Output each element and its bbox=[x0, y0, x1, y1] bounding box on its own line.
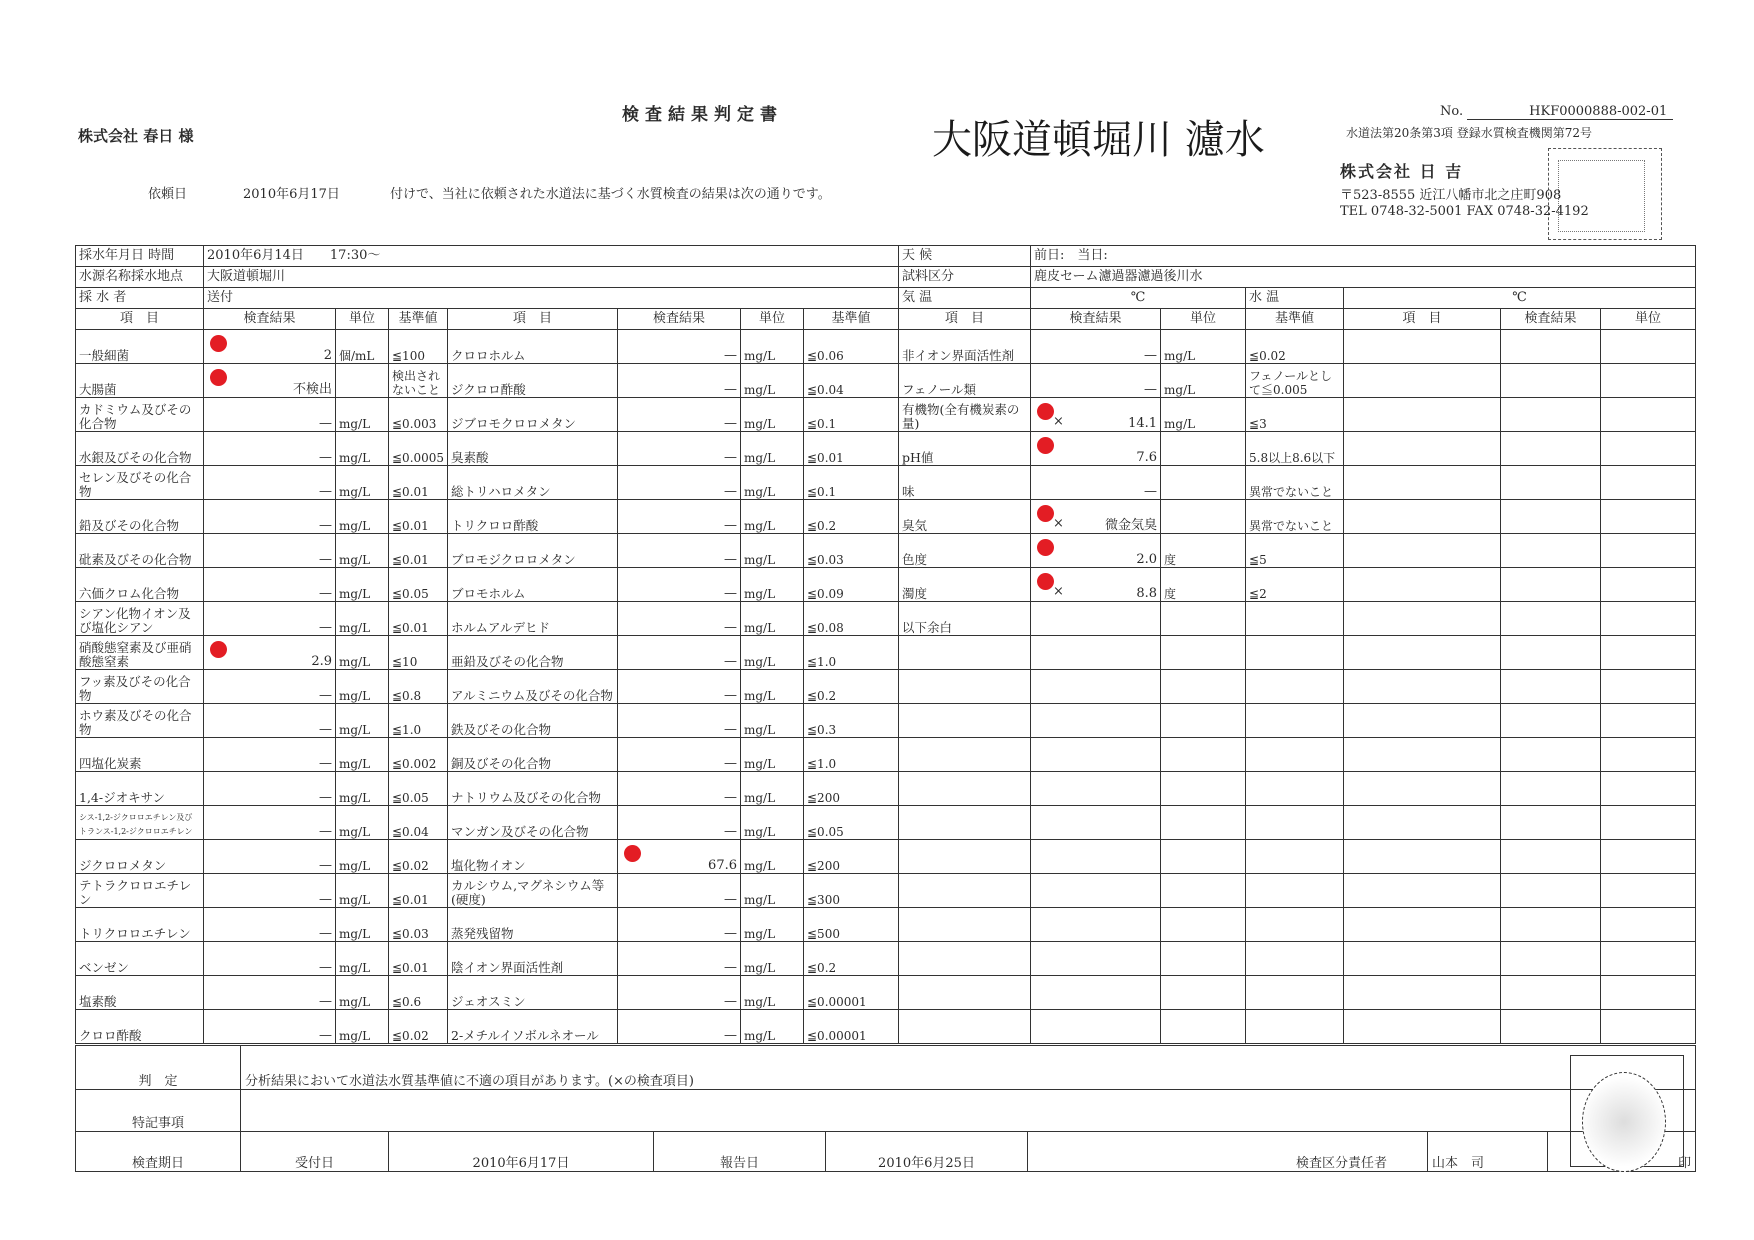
item-unit bbox=[1161, 432, 1246, 466]
table-row: シス-1,2-ジクロロエチレン及びトランス-1,2-ジクロロエチレン—mg/L≦… bbox=[76, 806, 1696, 840]
item-unit: mg/L bbox=[336, 806, 389, 840]
empty-cell bbox=[1501, 432, 1601, 466]
item-name: ジェオスミン bbox=[448, 976, 618, 1010]
item-result: — bbox=[1144, 383, 1157, 397]
item-unit bbox=[1161, 636, 1246, 670]
item-name: 臭気 bbox=[899, 500, 1031, 534]
item-result-cell: — bbox=[204, 942, 336, 976]
table-row: 砒素及びその化合物—mg/L≦0.01ブロモジクロロメタン—mg/L≦0.03色… bbox=[76, 534, 1696, 568]
lab-name: 株式会社 日 吉 bbox=[1340, 159, 1463, 182]
item-result: — bbox=[724, 349, 737, 363]
item-unit: mg/L bbox=[741, 840, 804, 874]
item-result: 14.1 bbox=[1128, 417, 1157, 431]
empty-cell bbox=[1501, 806, 1601, 840]
table-row: セレン及びその化合物—mg/L≦0.01総トリハロメタン—mg/L≦0.1味—異… bbox=[76, 466, 1696, 500]
item-unit: mg/L bbox=[741, 568, 804, 602]
item-unit: mg/L bbox=[741, 602, 804, 636]
item-result-cell: — bbox=[204, 874, 336, 908]
item-name: ホルムアルデヒド bbox=[448, 602, 618, 636]
item-standard: ≦0.8 bbox=[389, 670, 448, 704]
item-result-cell: — bbox=[618, 738, 741, 772]
empty-cell bbox=[1501, 670, 1601, 704]
empty-cell bbox=[1501, 772, 1601, 806]
empty-cell bbox=[1601, 432, 1696, 466]
item-result-cell: — bbox=[618, 908, 741, 942]
client-name: 株式会社 春日 様 bbox=[78, 125, 193, 146]
item-name: 塩化物イオン bbox=[448, 840, 618, 874]
item-unit: mg/L bbox=[741, 330, 804, 364]
table-row: 1,4-ジオキサン—mg/L≦0.05ナトリウム及びその化合物—mg/L≦200 bbox=[76, 772, 1696, 806]
empty-cell bbox=[1344, 806, 1501, 840]
item-unit: mg/L bbox=[741, 874, 804, 908]
item-name: 濁度 bbox=[899, 568, 1031, 602]
item-name: フッ素及びその化合物 bbox=[76, 670, 204, 704]
item-result-cell: — bbox=[618, 670, 741, 704]
item-standard bbox=[1246, 874, 1344, 908]
item-result-cell bbox=[1031, 942, 1161, 976]
empty-cell bbox=[1601, 364, 1696, 398]
item-unit: mg/L bbox=[336, 602, 389, 636]
item-name: 有機物(全有機炭素の量) bbox=[899, 398, 1031, 432]
item-result: — bbox=[319, 519, 332, 533]
item-result-cell: — bbox=[1031, 466, 1161, 500]
item-standard: ≦0.002 bbox=[389, 738, 448, 772]
empty-cell bbox=[1344, 670, 1501, 704]
judgement-label: 判 定 bbox=[76, 1046, 241, 1090]
item-result-cell bbox=[1031, 840, 1161, 874]
item-unit: mg/L bbox=[336, 942, 389, 976]
item-result: 67.6 bbox=[708, 859, 737, 873]
item-standard: ≦0.01 bbox=[389, 466, 448, 500]
item-standard: ≦0.01 bbox=[389, 942, 448, 976]
item-unit bbox=[1161, 976, 1246, 1010]
item-result: — bbox=[724, 893, 737, 907]
item-result: — bbox=[724, 927, 737, 941]
item-name: 臭素酸 bbox=[448, 432, 618, 466]
highlight-dot-icon bbox=[624, 845, 641, 862]
empty-cell bbox=[1501, 636, 1601, 670]
item-result: — bbox=[724, 1029, 737, 1043]
item-unit: mg/L bbox=[1161, 330, 1246, 364]
item-name: 以下余白 bbox=[899, 602, 1031, 636]
item-standard bbox=[1246, 636, 1344, 670]
fail-mark-icon: × bbox=[1053, 585, 1064, 599]
item-unit: mg/L bbox=[741, 364, 804, 398]
item-standard: ≦0.2 bbox=[804, 942, 899, 976]
empty-cell bbox=[1601, 772, 1696, 806]
item-unit: mg/L bbox=[336, 466, 389, 500]
empty-cell bbox=[1601, 602, 1696, 636]
highlight-dot-icon bbox=[210, 641, 227, 658]
empty-cell bbox=[1344, 942, 1501, 976]
lab-address: 〒523-8555 近江八幡市北之庄町908 bbox=[1340, 184, 1561, 203]
item-result-cell: — bbox=[204, 908, 336, 942]
item-unit: mg/L bbox=[336, 500, 389, 534]
table-row: 一般細菌2個/mL≦100クロロホルム—mg/L≦0.06非イオン界面活性剤—m… bbox=[76, 330, 1696, 364]
item-result-cell: — bbox=[204, 602, 336, 636]
item-standard: ≦0.6 bbox=[389, 976, 448, 1010]
item-result: — bbox=[724, 417, 737, 431]
table-row: 四塩化炭素—mg/L≦0.002銅及びその化合物—mg/L≦1.0 bbox=[76, 738, 1696, 772]
item-standard: ≦300 bbox=[804, 874, 899, 908]
item-result: — bbox=[319, 553, 332, 567]
item-result: 2.9 bbox=[311, 655, 332, 669]
empty-cell bbox=[1601, 466, 1696, 500]
item-unit: mg/L bbox=[336, 738, 389, 772]
highlight-dot-icon bbox=[1037, 403, 1054, 420]
source-label: 水源名称採水地点 bbox=[76, 267, 204, 288]
item-unit: 度 bbox=[1161, 568, 1246, 602]
item-result: — bbox=[724, 723, 737, 737]
item-unit: mg/L bbox=[741, 806, 804, 840]
item-unit: mg/L bbox=[336, 568, 389, 602]
column-header-unit: 単位 bbox=[741, 309, 804, 330]
item-result: — bbox=[1144, 349, 1157, 363]
item-name: セレン及びその化合物 bbox=[76, 466, 204, 500]
item-result-cell: — bbox=[618, 534, 741, 568]
item-result-cell: — bbox=[618, 772, 741, 806]
item-name bbox=[899, 670, 1031, 704]
item-standard: ≦1.0 bbox=[804, 738, 899, 772]
item-name: ジブロモクロロメタン bbox=[448, 398, 618, 432]
item-result: — bbox=[724, 825, 737, 839]
table-row: 六価クロム化合物—mg/L≦0.05ブロモホルム—mg/L≦0.09濁度×8.8… bbox=[76, 568, 1696, 602]
item-unit: mg/L bbox=[336, 670, 389, 704]
item-unit: mg/L bbox=[741, 908, 804, 942]
highlight-dot-icon bbox=[1037, 539, 1054, 556]
item-name bbox=[899, 704, 1031, 738]
table-row: テトラクロロエチレン—mg/L≦0.01カルシウム,マグネシウム等(硬度)—mg… bbox=[76, 874, 1696, 908]
item-name bbox=[899, 874, 1031, 908]
item-unit bbox=[1161, 738, 1246, 772]
item-unit: mg/L bbox=[741, 466, 804, 500]
item-standard: 5.8以上8.6以下 bbox=[1246, 432, 1344, 466]
item-result-cell bbox=[1031, 874, 1161, 908]
item-name bbox=[899, 976, 1031, 1010]
item-unit bbox=[1161, 704, 1246, 738]
item-standard bbox=[1246, 942, 1344, 976]
item-result-cell: — bbox=[204, 466, 336, 500]
item-result: — bbox=[319, 723, 332, 737]
item-standard bbox=[1246, 908, 1344, 942]
item-unit bbox=[1161, 670, 1246, 704]
item-name: クロロホルム bbox=[448, 330, 618, 364]
item-name: フェノール類 bbox=[899, 364, 1031, 398]
item-name: 蒸発残留物 bbox=[448, 908, 618, 942]
item-standard: ≦0.03 bbox=[389, 908, 448, 942]
fail-mark-icon: × bbox=[1053, 415, 1064, 429]
report-number-label: No. bbox=[1440, 104, 1463, 119]
column-header-result: 検査結果 bbox=[1031, 309, 1161, 330]
item-result-cell: — bbox=[204, 568, 336, 602]
item-unit: mg/L bbox=[336, 874, 389, 908]
item-result-cell bbox=[1031, 602, 1161, 636]
table-row: 水銀及びその化合物—mg/L≦0.0005臭素酸—mg/L≦0.01pH値7.6… bbox=[76, 432, 1696, 466]
item-unit: mg/L bbox=[336, 840, 389, 874]
item-standard: ≦3 bbox=[1246, 398, 1344, 432]
item-result: — bbox=[319, 1029, 332, 1043]
empty-cell bbox=[1601, 976, 1696, 1010]
empty-cell bbox=[1501, 1010, 1601, 1044]
item-name: 非イオン界面活性剤 bbox=[899, 330, 1031, 364]
empty-cell bbox=[1601, 636, 1696, 670]
column-header-result: 検査結果 bbox=[618, 309, 741, 330]
received-label: 受付日 bbox=[241, 1132, 389, 1172]
item-unit: mg/L bbox=[336, 772, 389, 806]
item-name: 水銀及びその化合物 bbox=[76, 432, 204, 466]
item-result-cell: — bbox=[618, 602, 741, 636]
item-name: 1,4-ジオキサン bbox=[76, 772, 204, 806]
table-row: ベンゼン—mg/L≦0.01陰イオン界面活性剤—mg/L≦0.2 bbox=[76, 942, 1696, 976]
item-result: 不検出 bbox=[293, 383, 332, 397]
item-result: 微金気臭 bbox=[1105, 519, 1157, 533]
seal-stamp bbox=[1582, 1072, 1666, 1172]
item-name: 四塩化炭素 bbox=[76, 738, 204, 772]
item-result-cell: — bbox=[618, 500, 741, 534]
item-result: — bbox=[319, 757, 332, 771]
item-result: — bbox=[724, 553, 737, 567]
empty-cell bbox=[1601, 704, 1696, 738]
report-date-label: 報告日 bbox=[654, 1132, 826, 1172]
item-unit: mg/L bbox=[741, 738, 804, 772]
item-name: 砒素及びその化合物 bbox=[76, 534, 204, 568]
item-result-cell bbox=[1031, 806, 1161, 840]
item-standard: 異常でないこと bbox=[1246, 500, 1344, 534]
column-header-result: 検査結果 bbox=[1501, 309, 1601, 330]
item-standard: ≦200 bbox=[804, 840, 899, 874]
table-row: 硝酸態窒素及び亜硝酸態窒素2.9mg/L≦10亜鉛及びその化合物—mg/L≦1.… bbox=[76, 636, 1696, 670]
item-unit: mg/L bbox=[741, 670, 804, 704]
column-header-item: 項 目 bbox=[899, 309, 1031, 330]
empty-cell bbox=[1344, 874, 1501, 908]
item-name bbox=[899, 840, 1031, 874]
item-result: — bbox=[319, 961, 332, 975]
item-unit bbox=[1161, 772, 1246, 806]
report-date: 2010年6月25日 bbox=[826, 1132, 1028, 1172]
document-title: 検査結果判定書 bbox=[622, 100, 783, 125]
request-text: 付けで、当社に依頼された水道法に基づく水質検査の結果は次の通りです。 bbox=[390, 183, 831, 202]
item-standard: ≦0.08 bbox=[804, 602, 899, 636]
item-standard bbox=[1246, 806, 1344, 840]
item-result: — bbox=[319, 893, 332, 907]
table-row: 大腸菌不検出検出されないことジクロロ酢酸—mg/L≦0.04フェノール類—mg/… bbox=[76, 364, 1696, 398]
table-row: クロロ酢酸—mg/L≦0.022-メチルイソボルネオール—mg/L≦0.0000… bbox=[76, 1010, 1696, 1044]
item-unit: mg/L bbox=[741, 772, 804, 806]
table-row: フッ素及びその化合物—mg/L≦0.8アルミニウム及びその化合物—mg/L≦0.… bbox=[76, 670, 1696, 704]
empty-cell bbox=[1501, 942, 1601, 976]
item-unit: mg/L bbox=[1161, 398, 1246, 432]
item-standard: ≦1.0 bbox=[804, 636, 899, 670]
item-standard bbox=[1246, 840, 1344, 874]
empty-cell bbox=[1344, 908, 1501, 942]
item-result: — bbox=[319, 825, 332, 839]
item-result-cell: — bbox=[204, 840, 336, 874]
item-standard: ≦0.04 bbox=[804, 364, 899, 398]
item-standard: ≦0.00001 bbox=[804, 976, 899, 1010]
item-name: ベンゼン bbox=[76, 942, 204, 976]
item-result-cell: ×8.8 bbox=[1031, 568, 1161, 602]
item-result-cell: — bbox=[204, 976, 336, 1010]
item-unit: mg/L bbox=[741, 636, 804, 670]
item-standard: ≦0.02 bbox=[389, 840, 448, 874]
sampling-datetime: 2010年6月14日 17:30～ bbox=[204, 246, 899, 267]
item-standard: ≦500 bbox=[804, 908, 899, 942]
item-unit: mg/L bbox=[741, 976, 804, 1010]
item-unit bbox=[1161, 466, 1246, 500]
item-name: クロロ酢酸 bbox=[76, 1010, 204, 1044]
item-result-cell: — bbox=[204, 772, 336, 806]
item-name: 2-メチルイソボルネオール bbox=[448, 1010, 618, 1044]
item-result-cell: 不検出 bbox=[204, 364, 336, 398]
empty-cell bbox=[1501, 602, 1601, 636]
empty-cell bbox=[1501, 500, 1601, 534]
item-name: シス-1,2-ジクロロエチレン及びトランス-1,2-ジクロロエチレン bbox=[76, 806, 204, 840]
item-unit bbox=[1161, 602, 1246, 636]
item-name bbox=[899, 1010, 1031, 1044]
item-unit bbox=[1161, 840, 1246, 874]
item-result-cell: 2.9 bbox=[204, 636, 336, 670]
item-standard: ≦0.05 bbox=[389, 772, 448, 806]
item-standard: ≦0.01 bbox=[389, 602, 448, 636]
empty-cell bbox=[1501, 330, 1601, 364]
item-unit: mg/L bbox=[741, 704, 804, 738]
exam-date-label: 検査期日 bbox=[76, 1132, 241, 1172]
item-result-cell: 67.6 bbox=[618, 840, 741, 874]
item-standard: ≦0.01 bbox=[389, 874, 448, 908]
item-unit: mg/L bbox=[336, 1010, 389, 1044]
item-result-cell: — bbox=[618, 704, 741, 738]
item-name: 味 bbox=[899, 466, 1031, 500]
empty-cell bbox=[1501, 568, 1601, 602]
item-result: — bbox=[724, 791, 737, 805]
item-result-cell: — bbox=[204, 432, 336, 466]
sampler-value: 送付 bbox=[204, 288, 899, 309]
column-header-unit: 単位 bbox=[1161, 309, 1246, 330]
item-standard: ≦0.1 bbox=[804, 466, 899, 500]
item-standard: ≦0.06 bbox=[804, 330, 899, 364]
company-stamp-inner bbox=[1558, 160, 1645, 232]
item-result: — bbox=[319, 995, 332, 1009]
empty-cell bbox=[1601, 330, 1696, 364]
item-name bbox=[899, 738, 1031, 772]
sampler-label: 採 水 者 bbox=[76, 288, 204, 309]
item-result-cell bbox=[1031, 976, 1161, 1010]
item-standard: ≦0.003 bbox=[389, 398, 448, 432]
item-standard: ≦0.3 bbox=[804, 704, 899, 738]
item-unit: mg/L bbox=[336, 704, 389, 738]
item-name bbox=[899, 636, 1031, 670]
column-header-item: 項 目 bbox=[1344, 309, 1501, 330]
item-result-cell: — bbox=[618, 942, 741, 976]
item-result-cell: — bbox=[204, 1010, 336, 1044]
results-table: 採水年月日 時間 2010年6月14日 17:30～ 天 候 前日: 当日: 水… bbox=[75, 245, 1696, 1044]
item-result: 2.0 bbox=[1136, 553, 1157, 567]
water-temp-label: 水 温 bbox=[1246, 288, 1344, 309]
table-row: シアン化物イオン及び塩化シアン—mg/L≦0.01ホルムアルデヒド—mg/L≦0… bbox=[76, 602, 1696, 636]
item-name: 総トリハロメタン bbox=[448, 466, 618, 500]
column-header-item: 項 目 bbox=[76, 309, 204, 330]
item-result-cell: — bbox=[618, 432, 741, 466]
item-unit: mg/L bbox=[336, 534, 389, 568]
item-result-cell: — bbox=[618, 1010, 741, 1044]
request-date-label: 依頼日 bbox=[148, 183, 187, 202]
item-standard: ≦200 bbox=[804, 772, 899, 806]
item-result-cell: — bbox=[204, 534, 336, 568]
item-standard: ≦0.03 bbox=[804, 534, 899, 568]
empty-cell bbox=[1344, 330, 1501, 364]
item-name: マンガン及びその化合物 bbox=[448, 806, 618, 840]
item-result: — bbox=[1144, 485, 1157, 499]
item-unit: mg/L bbox=[336, 398, 389, 432]
item-unit bbox=[1161, 908, 1246, 942]
item-result-cell bbox=[1031, 908, 1161, 942]
item-name: アルミニウム及びその化合物 bbox=[448, 670, 618, 704]
item-standard: ≦0.0005 bbox=[389, 432, 448, 466]
item-result-cell: — bbox=[204, 704, 336, 738]
item-name: 硝酸態窒素及び亜硝酸態窒素 bbox=[76, 636, 204, 670]
item-name: 色度 bbox=[899, 534, 1031, 568]
item-result-cell bbox=[1031, 704, 1161, 738]
item-standard bbox=[1246, 976, 1344, 1010]
footer-table: 判 定 分析結果において水道法水質基準値に不適の項目があります。(×の検査項目)… bbox=[75, 1045, 1696, 1172]
item-result-cell: — bbox=[1031, 364, 1161, 398]
item-result-cell: 2.0 bbox=[1031, 534, 1161, 568]
item-unit bbox=[1161, 500, 1246, 534]
item-result-cell: — bbox=[204, 500, 336, 534]
item-standard: ≦0.2 bbox=[804, 670, 899, 704]
item-result: 8.8 bbox=[1136, 587, 1157, 601]
item-unit: mg/L bbox=[336, 636, 389, 670]
item-standard: ≦0.02 bbox=[389, 1010, 448, 1044]
item-result-cell bbox=[1031, 1010, 1161, 1044]
item-result: — bbox=[319, 621, 332, 635]
item-standard bbox=[1246, 738, 1344, 772]
item-result: — bbox=[319, 689, 332, 703]
empty-cell bbox=[1344, 466, 1501, 500]
item-name: 塩素酸 bbox=[76, 976, 204, 1010]
item-name: トリクロロ酢酸 bbox=[448, 500, 618, 534]
item-unit bbox=[1161, 942, 1246, 976]
empty-cell bbox=[1344, 976, 1501, 1010]
item-result: — bbox=[319, 451, 332, 465]
empty-cell bbox=[1501, 738, 1601, 772]
item-standard: ≦0.00001 bbox=[804, 1010, 899, 1044]
item-result-cell: — bbox=[618, 330, 741, 364]
item-result: — bbox=[319, 587, 332, 601]
item-name bbox=[899, 806, 1031, 840]
item-result-cell bbox=[1031, 772, 1161, 806]
table-row: 塩素酸—mg/L≦0.6ジェオスミン—mg/L≦0.00001 bbox=[76, 976, 1696, 1010]
item-name bbox=[899, 908, 1031, 942]
empty-cell bbox=[1501, 364, 1601, 398]
item-unit bbox=[336, 364, 389, 398]
item-result-cell: 2 bbox=[204, 330, 336, 364]
empty-cell bbox=[1344, 602, 1501, 636]
item-unit bbox=[1161, 1010, 1246, 1044]
item-result: — bbox=[724, 485, 737, 499]
item-standard: ≦0.01 bbox=[804, 432, 899, 466]
item-name: 大腸菌 bbox=[76, 364, 204, 398]
empty-cell bbox=[1344, 1010, 1501, 1044]
table-row: カドミウム及びその化合物—mg/L≦0.003ジブロモクロロメタン—mg/L≦0… bbox=[76, 398, 1696, 432]
item-result-cell: — bbox=[618, 466, 741, 500]
sample-type-value: 鹿皮セーム濾過器濾過後川水 bbox=[1031, 267, 1696, 288]
empty-cell bbox=[1344, 568, 1501, 602]
empty-cell bbox=[1601, 840, 1696, 874]
item-result: 2 bbox=[324, 349, 332, 363]
item-result: — bbox=[319, 791, 332, 805]
empty-cell bbox=[1601, 874, 1696, 908]
